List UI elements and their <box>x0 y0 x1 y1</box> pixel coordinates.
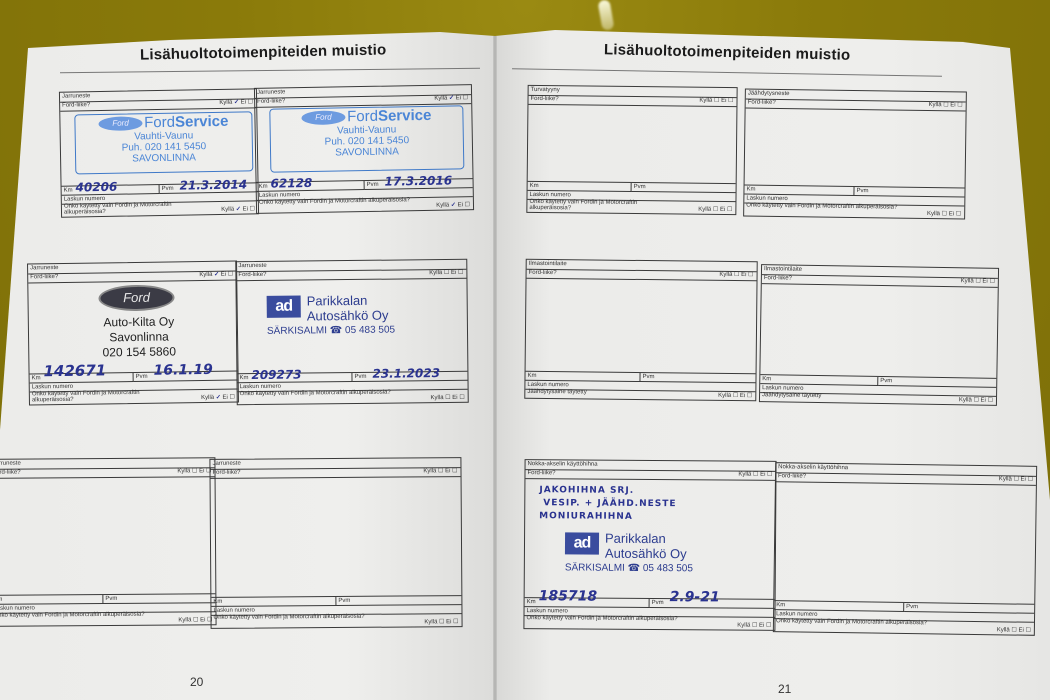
no-label: Ei <box>950 102 955 108</box>
parts-question: Onko käytetty vain Fordin ja Motorcrafti… <box>0 612 150 619</box>
stamp-address: SÄRKISALMI ☎ 05 483 505 <box>267 325 395 337</box>
no-label: Ei <box>199 468 204 474</box>
note-line: JAKOHIHNA SRJ. <box>539 484 676 498</box>
stamp-line: 020 154 5860 <box>79 344 199 361</box>
yes-checkbox[interactable]: ☐ <box>975 279 980 285</box>
handwritten-note: JAKOHIHNA SRJ. VESIP. + JÄÄHD.NESTE MONI… <box>539 484 677 524</box>
stamp-line: SAVONLINNA <box>76 151 252 165</box>
yes-checkbox[interactable]: ☐ <box>973 397 978 403</box>
no-checkbox[interactable]: ☐ <box>228 272 233 278</box>
box-header: Ilmastointilaite <box>764 266 802 273</box>
no-checkbox[interactable]: ☐ <box>463 95 468 101</box>
no-checkbox[interactable]: ☐ <box>458 270 463 276</box>
box-header: Jarruneste <box>0 461 21 467</box>
ford-dealer-question: Ford-liike? <box>30 274 58 280</box>
ford-dealer-question: Ford-liike? <box>778 473 806 479</box>
service-record-box: Nokka-akselin käyttöhihna Ford-liike? Ky… <box>773 462 1037 636</box>
yes-label: Kyllä <box>719 272 732 278</box>
stamp-line: Autosähkö Oy <box>307 308 389 324</box>
ford-dealer-question: Ford-liike? <box>764 275 792 281</box>
yes-checkbox[interactable]: ☐ <box>444 270 449 276</box>
km-value[interactable]: 142671 <box>43 366 106 376</box>
pvm-label: Pvm <box>354 374 366 380</box>
ford-dealer-question: Ford-liike? <box>530 96 558 102</box>
stamp-line: Parikkalan <box>605 531 687 547</box>
km-label: Km <box>762 376 771 382</box>
yes-checkbox[interactable]: ☐ <box>713 207 718 213</box>
yes-label: Kyllä <box>927 211 940 217</box>
yes-label: Kyllä <box>221 207 234 213</box>
yes-label: Kyllä <box>698 207 711 213</box>
no-checkbox[interactable]: ☐ <box>747 393 752 399</box>
no-checkbox[interactable]: ☐ <box>956 211 961 217</box>
no-checkbox[interactable]: ☐ <box>1025 628 1030 634</box>
km-label: Km <box>64 188 73 194</box>
ford-dealer-question: Ford-liike? <box>212 470 240 476</box>
no-checkbox[interactable]: ☐ <box>452 468 457 474</box>
km-label: Km <box>213 599 222 605</box>
note-line: VESIP. + JÄÄHD.NESTE <box>543 497 676 511</box>
ad-logo-icon: ad <box>267 296 301 318</box>
auto-kilta-stamp: Auto-Kilta Oy Savonlinna 020 154 5860 <box>79 314 200 361</box>
yes-checkbox[interactable]: ☐ <box>753 472 758 478</box>
no-label: Ei <box>760 472 765 478</box>
km-label: Km <box>239 375 248 381</box>
box-header: Jarruneste <box>62 93 90 99</box>
parts-question: Onko käytetty vain Fordin ja Motorcrafti… <box>259 197 410 206</box>
parts-question: Onko käytetty vain Fordin ja Motorcrafti… <box>776 618 958 627</box>
km-label: Km <box>32 375 41 381</box>
no-label: Ei <box>241 99 246 105</box>
yes-checkbox[interactable]: ☐ <box>752 623 757 629</box>
yes-label: Kyllä <box>199 272 212 278</box>
no-label: Ei <box>200 617 205 623</box>
box-header: Turvatyyny <box>531 87 560 93</box>
no-label: Ei <box>740 393 745 399</box>
service-record-box: Ilmastointilaite Ford-liike? Kyllä ☐ Ei … <box>759 264 999 406</box>
km-label: Km <box>527 599 536 605</box>
brand-light: Ford <box>144 114 175 132</box>
no-checkbox[interactable]: ☐ <box>1028 477 1033 483</box>
no-label: Ei <box>456 95 461 101</box>
yes-label: Kyllä <box>219 100 232 106</box>
pvm-value[interactable]: 2.9-21 <box>670 593 720 602</box>
service-record-box: Ilmastointilaite Ford-liike? Kyllä ☐ Ei … <box>524 259 757 401</box>
yes-label: Kyllä <box>431 395 444 401</box>
no-checkbox[interactable]: ☐ <box>767 472 772 478</box>
ford-dealer-question: Ford-liike? <box>0 470 21 476</box>
no-label: Ei <box>949 211 954 217</box>
yes-label: Kyllä <box>738 472 751 478</box>
pvm-label: Pvm <box>652 600 664 606</box>
ford-logo-icon: Ford <box>98 116 142 131</box>
km-value[interactable]: 209273 <box>251 371 301 381</box>
parts-question: Onko käytetty vain Fordin ja Motorcrafti… <box>746 202 900 210</box>
no-label: Ei <box>451 270 456 276</box>
no-checkbox[interactable]: ☐ <box>465 202 470 208</box>
pvm-label: Pvm <box>136 374 148 380</box>
page-number: 20 <box>190 675 203 689</box>
pvm-label: Pvm <box>642 374 654 380</box>
km-value[interactable]: 62128 <box>271 179 313 189</box>
box-header: Nokka-akselin käyttöhihna <box>528 461 598 467</box>
pvm-value[interactable]: 16.1.19 <box>153 366 212 376</box>
yes-checkbox[interactable]: ☐ <box>734 272 739 278</box>
yes-checkbox[interactable]: ☐ <box>714 98 719 104</box>
service-record-box: Jäähdytysneste Ford-liike? Kyllä ☐ Ei ☐ … <box>743 88 967 219</box>
ford-dealer-question: Ford-liike? <box>257 98 285 104</box>
box-header: Jäähdytysneste <box>748 90 790 97</box>
service-record-box: Jarruneste Ford-liike? Kyllä ☐ Ei ☐ ad P… <box>235 259 468 405</box>
no-checkbox[interactable]: ☐ <box>748 272 753 278</box>
ford-dealer-question: Ford-liike? <box>62 102 90 108</box>
no-checkbox[interactable]: ☐ <box>453 619 458 625</box>
yes-checkbox[interactable]: ☐ <box>445 395 450 401</box>
yes-label: Kyllä <box>178 617 191 623</box>
parts-question: Onko käytetty vain Fordin ja Motorcrafti… <box>526 615 701 622</box>
service-record-box: Turvatyyny Ford-liike? Kyllä ☐ Ei ☐ Km P… <box>526 85 737 215</box>
no-label: Ei <box>1021 477 1026 483</box>
yes-checkbox[interactable]: ☐ <box>1013 477 1018 483</box>
yes-checkbox[interactable]: ☐ <box>733 393 738 399</box>
pvm-value[interactable]: 17.3.2016 <box>385 176 453 186</box>
no-label: Ei <box>445 468 450 474</box>
km-label: Km <box>259 184 268 190</box>
service-record-box: Jarruneste Ford-liike? Kyllä ✓ Ei ☐ Ford… <box>254 84 474 214</box>
no-label: Ei <box>982 279 987 285</box>
yes-checkbox[interactable]: ☐ <box>943 102 948 108</box>
pvm-label: Pvm <box>634 184 646 190</box>
yes-label: Kyllä <box>436 203 449 209</box>
no-label: Ei <box>721 98 726 104</box>
no-label: Ei <box>452 395 457 401</box>
no-checkbox[interactable]: ☐ <box>728 98 733 104</box>
parts-question: Onko käytetty vain Fordin ja Motorcrafti… <box>32 389 178 403</box>
stamp-line: Autosähkö Oy <box>605 546 687 562</box>
km-label: Km <box>776 602 785 608</box>
no-label: Ei <box>981 398 986 404</box>
no-label: Ei <box>741 272 746 278</box>
parts-question: Onko käytetty vain Fordin ja Motorcrafti… <box>64 201 201 215</box>
stamp-line: Parikkalan <box>307 293 389 309</box>
yes-label: Kyllä <box>997 627 1010 633</box>
yes-label: Kyllä <box>928 102 941 108</box>
ford-dealer-question: Ford-liike? <box>529 270 557 276</box>
service-record-box: Jarruneste Ford-liike? Kyllä ✓ Ei ☐ Ford… <box>27 261 239 406</box>
no-label: Ei <box>458 202 463 208</box>
km-label: Km <box>0 597 2 603</box>
coolant-filled-question: Jäähdytysaine täytetty <box>527 389 688 397</box>
parts-question: Onko käytetty vain Fordin ja Motorcrafti… <box>213 614 388 621</box>
yes-label: Kyllä <box>737 623 750 629</box>
box-header: Nokka-akselin käyttöhihna <box>778 464 848 471</box>
pvm-value[interactable]: 21.3.2014 <box>180 180 248 190</box>
yes-checkbox[interactable]: ☐ <box>193 617 198 623</box>
pvm-label: Pvm <box>906 604 918 610</box>
yes-label: Kyllä <box>424 619 437 625</box>
no-checkbox[interactable]: ☐ <box>957 102 962 108</box>
note-line: MONIURAHIHNA <box>539 510 676 524</box>
yes-checkbox[interactable]: ✓ <box>234 100 239 106</box>
pvm-label: Pvm <box>367 182 379 188</box>
no-label: Ei <box>1018 628 1023 634</box>
no-checkbox[interactable]: ☐ <box>248 99 253 105</box>
yes-checkbox[interactable]: ☐ <box>438 468 443 474</box>
stamp-line: Auto-Kilta Oy <box>79 314 199 331</box>
box-header: Jarruneste <box>238 263 266 269</box>
ford-dealer-question: Ford-liike? <box>527 470 555 476</box>
yes-label: Kyllä <box>434 96 447 102</box>
yes-checkbox[interactable]: ☐ <box>192 468 197 474</box>
yes-checkbox[interactable]: ✓ <box>214 272 219 278</box>
fordservice-stamp: Ford FordService Vauhti-Vaunu Puh. 020 1… <box>269 105 464 172</box>
stamp-address: SÄRKISALMI ☎ 05 483 505 <box>565 562 693 574</box>
ford-dealer-question: Ford-liike? <box>748 99 776 105</box>
yes-checkbox[interactable]: ☐ <box>942 211 947 217</box>
pvm-value[interactable]: 23.1.2023 <box>372 369 440 379</box>
yes-label: Kyllä <box>961 278 974 284</box>
booklet-gutter <box>493 36 497 700</box>
yes-checkbox[interactable]: ✓ <box>451 202 456 208</box>
km-label: Km <box>746 186 755 192</box>
pvm-label: Pvm <box>105 596 117 602</box>
km-value[interactable]: 185718 <box>539 592 598 601</box>
box-header: Ilmastointilaite <box>529 261 567 267</box>
km-value[interactable]: 40206 <box>76 183 118 193</box>
box-header: Jarruneste <box>257 89 285 95</box>
brand-light: Ford <box>347 108 378 126</box>
yes-label: Kyllä <box>201 395 214 401</box>
pvm-label: Pvm <box>856 188 868 194</box>
light-glare <box>597 0 614 31</box>
yes-checkbox[interactable]: ✓ <box>236 207 241 213</box>
parikkalan-autosahko-stamp: ad ParikkalanAutosähkö Oy SÄRKISALMI ☎ 0… <box>565 530 755 581</box>
parikkalan-autosahko-stamp: ad ParikkalanAutosähkö Oy SÄRKISALMI ☎ 0… <box>267 292 448 344</box>
ad-logo-icon: ad <box>565 532 599 554</box>
no-checkbox[interactable]: ☐ <box>250 206 255 212</box>
page-number: 21 <box>778 682 791 696</box>
fordservice-stamp: Ford FordService Vauhti-Vaunu Puh. 020 1… <box>74 111 253 174</box>
brand-bold: Service <box>175 113 229 131</box>
yes-checkbox[interactable]: ✓ <box>449 95 454 101</box>
yes-checkbox[interactable]: ☐ <box>439 619 444 625</box>
box-header: Jarruneste <box>30 265 58 271</box>
yes-label: Kyllä <box>718 393 731 399</box>
parts-question: Onko käytetty vain Fordin ja Motorcrafti… <box>529 199 675 213</box>
no-checkbox[interactable]: ☐ <box>766 623 771 629</box>
yes-label: Kyllä <box>699 98 712 104</box>
stamp-line: SAVONLINNA <box>271 145 463 159</box>
yes-label: Kyllä <box>959 397 972 403</box>
service-record-box: Jarruneste Ford-liike? Kyllä ☐ Ei ☐ Km P… <box>209 457 462 629</box>
no-checkbox[interactable]: ☐ <box>988 398 993 404</box>
pvm-label: Pvm <box>338 598 350 604</box>
no-label: Ei <box>221 272 226 278</box>
no-label: Ei <box>446 619 451 625</box>
box-header: Jarruneste <box>212 461 240 467</box>
no-label: Ei <box>243 206 248 212</box>
no-checkbox[interactable]: ☐ <box>727 207 732 213</box>
service-record-box: Jarruneste Ford-liike? Kyllä ☐ Ei ☐ Km P… <box>0 457 217 627</box>
service-record-box: Nokka-akselin käyttöhihna Ford-liike? Ky… <box>523 459 776 631</box>
coolant-filled-question: Jäähdytysaine täytetty <box>762 392 927 401</box>
no-checkbox[interactable]: ☐ <box>989 279 994 285</box>
parts-question: Onko käytetty vain Fordin ja Motorcrafti… <box>240 389 401 397</box>
ford-oval-logo-icon: Ford <box>98 284 174 311</box>
yes-label: Kyllä <box>429 270 442 276</box>
km-label: Km <box>530 183 539 189</box>
yes-checkbox[interactable]: ☐ <box>1011 627 1016 633</box>
ford-dealer-question: Ford-liike? <box>238 272 266 278</box>
no-label: Ei <box>759 623 764 629</box>
no-checkbox[interactable]: ☐ <box>459 395 464 401</box>
pvm-label: Pvm <box>162 186 174 192</box>
stamp-line: Savonlinna <box>79 329 199 346</box>
no-label: Ei <box>222 395 227 401</box>
service-record-box: Jarruneste Ford-liike? Kyllä ✓ Ei ☐ Ford… <box>59 88 259 217</box>
pvm-label: Pvm <box>880 378 892 384</box>
no-checkbox[interactable]: ☐ <box>229 395 234 401</box>
ford-logo-icon: Ford <box>301 110 345 125</box>
yes-label: Kyllä <box>423 468 436 474</box>
yes-checkbox[interactable]: ✓ <box>216 395 221 401</box>
brand-bold: Service <box>378 107 432 125</box>
km-label: Km <box>527 373 536 379</box>
yes-label: Kyllä <box>177 468 190 474</box>
yes-label: Kyllä <box>999 476 1012 482</box>
no-label: Ei <box>720 207 725 213</box>
